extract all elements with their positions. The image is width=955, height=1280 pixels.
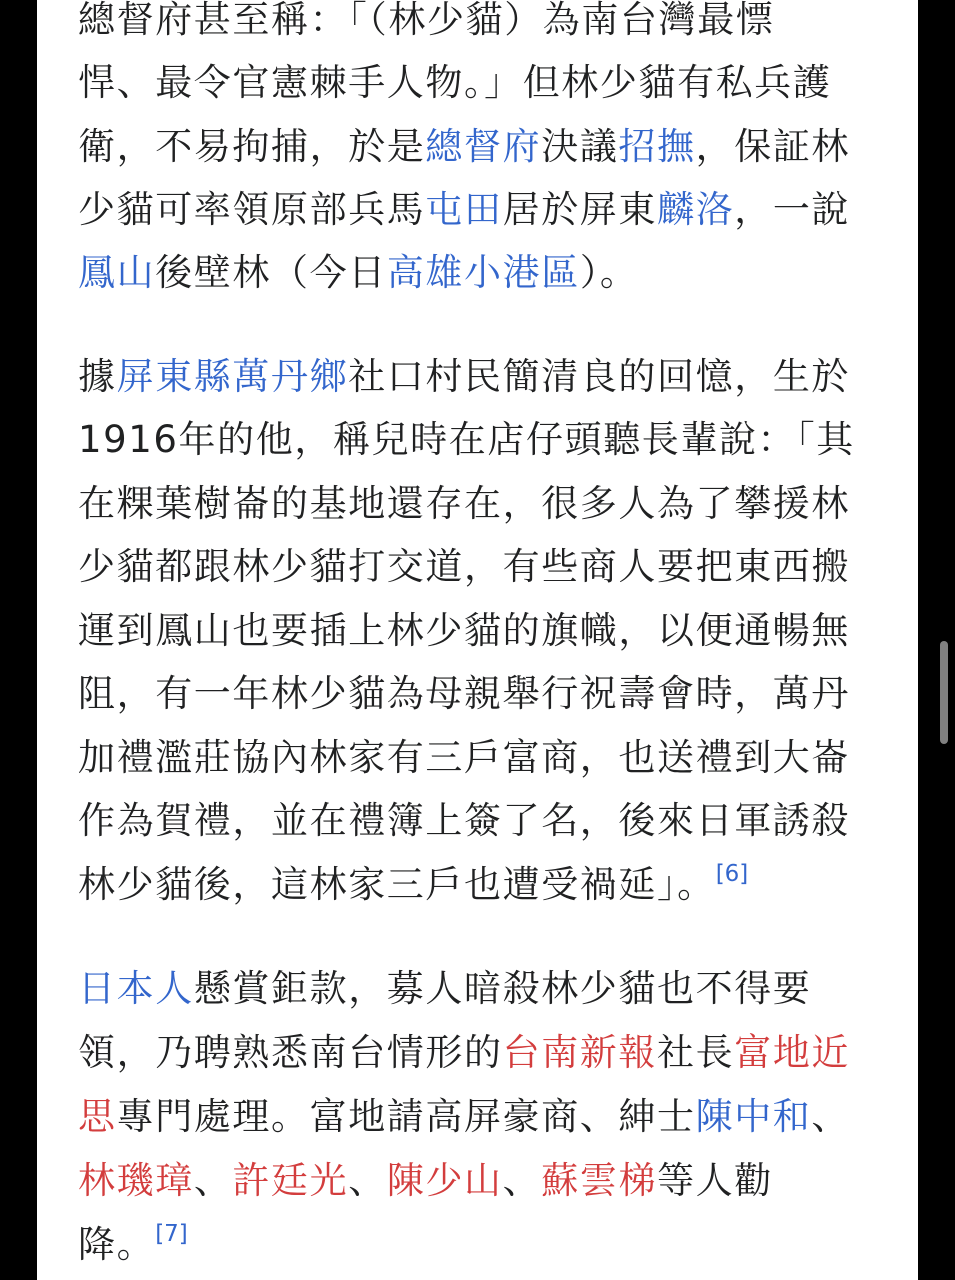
body-text: 、 (348, 1159, 387, 1202)
wiki-link[interactable]: 日本人 (78, 967, 194, 1010)
wiki-link[interactable]: 總督府 (425, 125, 541, 168)
reference-link[interactable]: [6] (716, 861, 749, 887)
text-line: 領，乃聘熟悉南台情形的台南新報社長富地近 (78, 1031, 850, 1075)
text-line: 運到鳳山也要插上林少貓的旗幟，以便通暢無 (78, 609, 850, 653)
body-text: 總督府甚至稱：「（林少貓）為南台灣最慓 (78, 0, 774, 41)
red-link[interactable]: 思 (78, 1095, 117, 1138)
reference-link[interactable]: [7] (155, 1221, 188, 1247)
text-line: 悍、最令官憲棘手人物。」但林少貓有私兵護 (78, 61, 832, 105)
text-line: 降。[7] (78, 1223, 188, 1267)
text-line: 阻，有一年林少貓為母親舉行祝壽會時，萬丹 (78, 672, 850, 716)
scrollbar-thumb[interactable] (940, 641, 948, 744)
text-line: 總督府甚至稱：「（林少貓）為南台灣最慓 (78, 0, 774, 42)
body-text: 居於屏東 (503, 188, 657, 231)
body-text: 社長 (657, 1031, 734, 1074)
body-text: 1916年的他，稱兒時在店仔頭聽長輩說：「其 (78, 418, 855, 461)
body-text: ）。 (580, 251, 639, 294)
body-text: 悍、最令官憲棘手人物。」但林少貓有私兵護 (78, 61, 832, 104)
body-text: 衛，不易拘捕，於是 (78, 125, 425, 168)
body-text: 降。 (78, 1223, 155, 1266)
red-link[interactable]: 陳少山 (387, 1159, 503, 1202)
text-line: 少貓都跟林少貓打交道，有些商人要把東西搬 (78, 545, 850, 589)
text-line: 思專門處理。富地請高屏豪商、紳士陳中和、 (78, 1095, 850, 1139)
wiki-link[interactable]: 屯田 (425, 188, 502, 231)
body-text: 等人勸 (657, 1159, 773, 1202)
red-link[interactable]: 蘇雲梯 (541, 1159, 657, 1202)
body-text: 林少貓後，這林家三戶也遭受禍延」。 (78, 863, 716, 906)
body-text: ，一說 (734, 188, 850, 231)
text-line: 在粿葉樹崙的基地還存在，很多人為了攀援林 (78, 482, 850, 526)
wiki-link[interactable]: 麟洛 (657, 188, 734, 231)
text-line: 日本人懸賞鉅款，募人暗殺林少貓也不得要 (78, 967, 811, 1011)
body-text: 據 (78, 355, 117, 398)
text-line: 林璣璋、許廷光、陳少山、蘇雲梯等人勸 (78, 1159, 773, 1203)
red-link[interactable]: 富地近 (734, 1031, 850, 1074)
red-link[interactable]: 林璣璋 (78, 1159, 194, 1202)
body-text: 少貓都跟林少貓打交道，有些商人要把東西搬 (78, 545, 850, 588)
body-text: 懸賞鉅款，募人暗殺林少貓也不得要 (194, 967, 812, 1010)
wiki-link[interactable]: 招撫 (618, 125, 695, 168)
body-text: 運到鳳山也要插上林少貓的旗幟，以便通暢無 (78, 609, 850, 652)
text-line: 少貓可率領原部兵馬屯田居於屏東麟洛，一說 (78, 188, 850, 232)
wiki-link[interactable]: 屏東縣萬丹鄉 (117, 355, 349, 398)
text-line: 林少貓後，這林家三戶也遭受禍延」。[6] (78, 863, 748, 907)
red-link[interactable]: 台南新報 (503, 1031, 657, 1074)
text-line: 1916年的他，稱兒時在店仔頭聽長輩說：「其 (78, 418, 855, 462)
body-text: 阻，有一年林少貓為母親舉行祝壽會時，萬丹 (78, 672, 850, 715)
text-line: 鳳山後壁林（今日高雄小港區）。 (78, 251, 639, 295)
article-page: 總督府甚至稱：「（林少貓）為南台灣最慓悍、最令官憲棘手人物。」但林少貓有私兵護衛… (37, 0, 918, 1280)
body-text: 後壁林（今日 (155, 251, 387, 294)
text-line: 據屏東縣萬丹鄉社口村民簡清良的回憶，生於 (78, 355, 850, 399)
red-link[interactable]: 許廷光 (232, 1159, 348, 1202)
wiki-link[interactable]: 鳳山 (78, 251, 155, 294)
body-text: 決議 (541, 125, 618, 168)
body-text: 在粿葉樹崙的基地還存在，很多人為了攀援林 (78, 482, 850, 525)
body-text: 作為賀禮，並在禮簿上簽了名，後來日軍誘殺 (78, 799, 850, 842)
body-text: 社口村民簡清良的回憶，生於 (348, 355, 850, 398)
text-line: 作為賀禮，並在禮簿上簽了名，後來日軍誘殺 (78, 799, 850, 843)
body-text: 少貓可率領原部兵馬 (78, 188, 425, 231)
text-line: 衛，不易拘捕，於是總督府決議招撫，保証林 (78, 125, 850, 169)
wiki-link[interactable]: 高雄小港區 (387, 251, 580, 294)
body-text: 、 (194, 1159, 233, 1202)
body-text: 領，乃聘熟悉南台情形的 (78, 1031, 503, 1074)
body-text: 專門處理。富地請高屏豪商、紳士 (117, 1095, 696, 1138)
text-line: 加禮濫莊協內林家有三戶富商，也送禮到大崙 (78, 736, 850, 780)
wiki-link[interactable]: 陳中和 (696, 1095, 812, 1138)
body-text: 、 (503, 1159, 542, 1202)
body-text: 、 (811, 1095, 850, 1138)
body-text: 加禮濫莊協內林家有三戶富商，也送禮到大崙 (78, 736, 850, 779)
body-text: ，保証林 (696, 125, 850, 168)
